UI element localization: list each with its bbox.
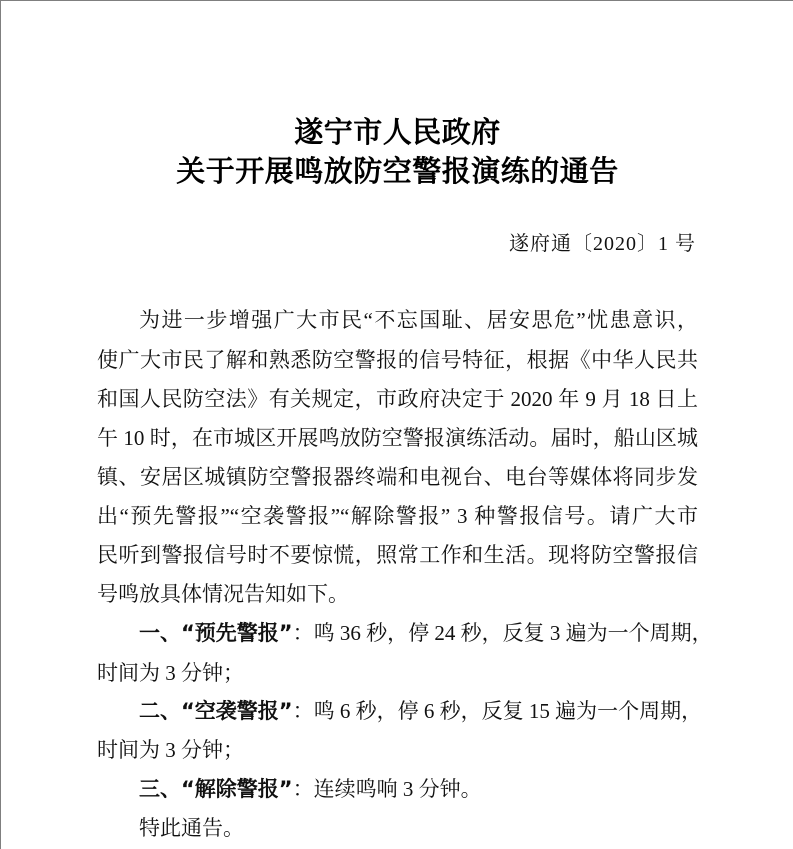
alarm-item-1: 一、“预先警报”：鸣 36 秒，停 24 秒，反复 3 遍为一个周期， (139, 617, 713, 647)
alarm-item-label: 三、“解除警报” (139, 777, 293, 801)
closing-text: 特此通告。 (139, 812, 244, 842)
intro-line: 民听到警报信号时不要惊慌，照常工作和生活。现将防空警报信 (97, 539, 698, 569)
document-number: 遂府通〔2020〕1 号 (509, 227, 696, 256)
document-title-line2: 关于开展鸣放防空警报演练的通告 (1, 149, 793, 190)
intro-line: 使广大市民了解和熟悉防空警报的信号特征，根据《中华人民共 (97, 344, 698, 374)
intro-line: 出“预先警报”“空袭警报”“解除警报” 3 种警报信号。请广大市 (97, 500, 698, 530)
intro-line: 和国人民防空法》有关规定，市政府决定于 2020 年 9 月 18 日上 (97, 383, 698, 413)
alarm-item-text: ：连续鸣响 3 分钟。 (293, 777, 482, 801)
intro-line: 镇、安居区城镇防空警报器终端和电视台、电台等媒体将同步发 (97, 461, 698, 491)
alarm-item-label: 二、“空袭警报” (139, 699, 293, 723)
intro-line: 为进一步增强广大市民“不忘国耻、居安思危”忧患意识， (139, 304, 698, 334)
intro-line: 号鸣放具体情况告知如下。 (97, 578, 349, 608)
document-title-line1: 遂宁市人民政府 (1, 110, 793, 151)
alarm-item-3: 三、“解除警报”：连续鸣响 3 分钟。 (139, 773, 482, 803)
alarm-item-2-cont: 时间为 3 分钟； (97, 734, 244, 764)
alarm-item-label: 一、“预先警报” (139, 621, 293, 645)
alarm-item-text: ：鸣 36 秒，停 24 秒，反复 3 遍为一个周期， (293, 621, 713, 645)
alarm-item-1-cont: 时间为 3 分钟； (97, 657, 244, 687)
alarm-item-2: 二、“空袭警报”：鸣 6 秒，停 6 秒，反复 15 遍为一个周期， (139, 695, 702, 725)
alarm-item-text: ：鸣 6 秒，停 6 秒，反复 15 遍为一个周期， (293, 699, 703, 723)
intro-line: 午 10 时，在市城区开展鸣放防空警报演练活动。届时，船山区城 (97, 422, 698, 452)
